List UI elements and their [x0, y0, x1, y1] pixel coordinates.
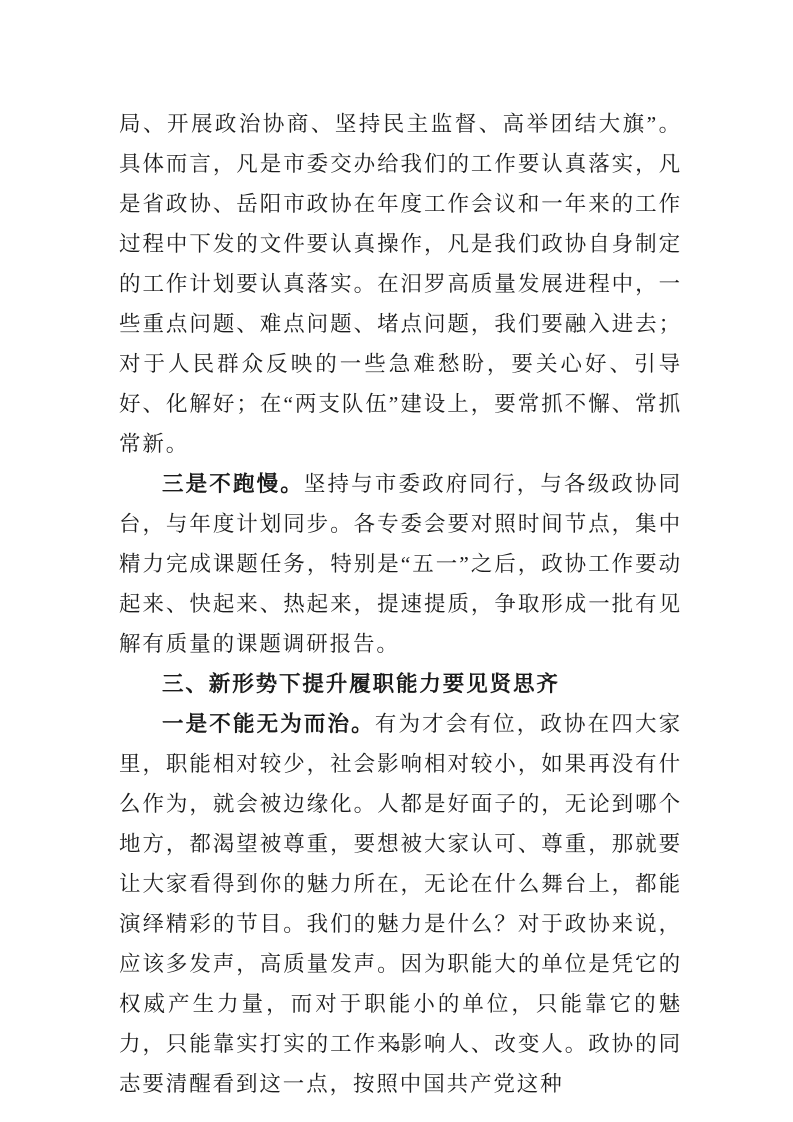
paragraph-bold-lead: 一是不能无为而治。 [162, 712, 375, 736]
section-heading-text: 三、新形势下提升履职能力要见贤思齐 [162, 672, 560, 696]
paragraph-text: 坚持与市委政府同行，与各级政协同台，与年度计划同步。各专委会要对照时间节点，集中… [119, 472, 682, 656]
paragraph-continuation: 局、开展政治协商、坚持民主监督、高举团结大旗”。具体而言，凡是市委交办给我们的工… [119, 104, 682, 464]
document-page: 局、开展政治协商、坚持民主监督、高举团结大旗”。具体而言，凡是市委交办给我们的工… [0, 0, 793, 1122]
page-number: 4 [0, 1039, 793, 1055]
page-body-text: 局、开展政治协商、坚持民主监督、高举团结大旗”。具体而言，凡是市委交办给我们的工… [119, 104, 682, 1104]
paragraph-bold-lead: 三是不跑慢。 [162, 472, 304, 496]
section-heading: 三、新形势下提升履职能力要见贤思齐 [119, 664, 682, 704]
paragraph-third-point: 三是不跑慢。坚持与市委政府同行，与各级政协同台，与年度计划同步。各专委会要对照时… [119, 464, 682, 664]
paragraph-text: 局、开展政治协商、坚持民主监督、高举团结大旗”。具体而言，凡是市委交办给我们的工… [119, 112, 682, 456]
